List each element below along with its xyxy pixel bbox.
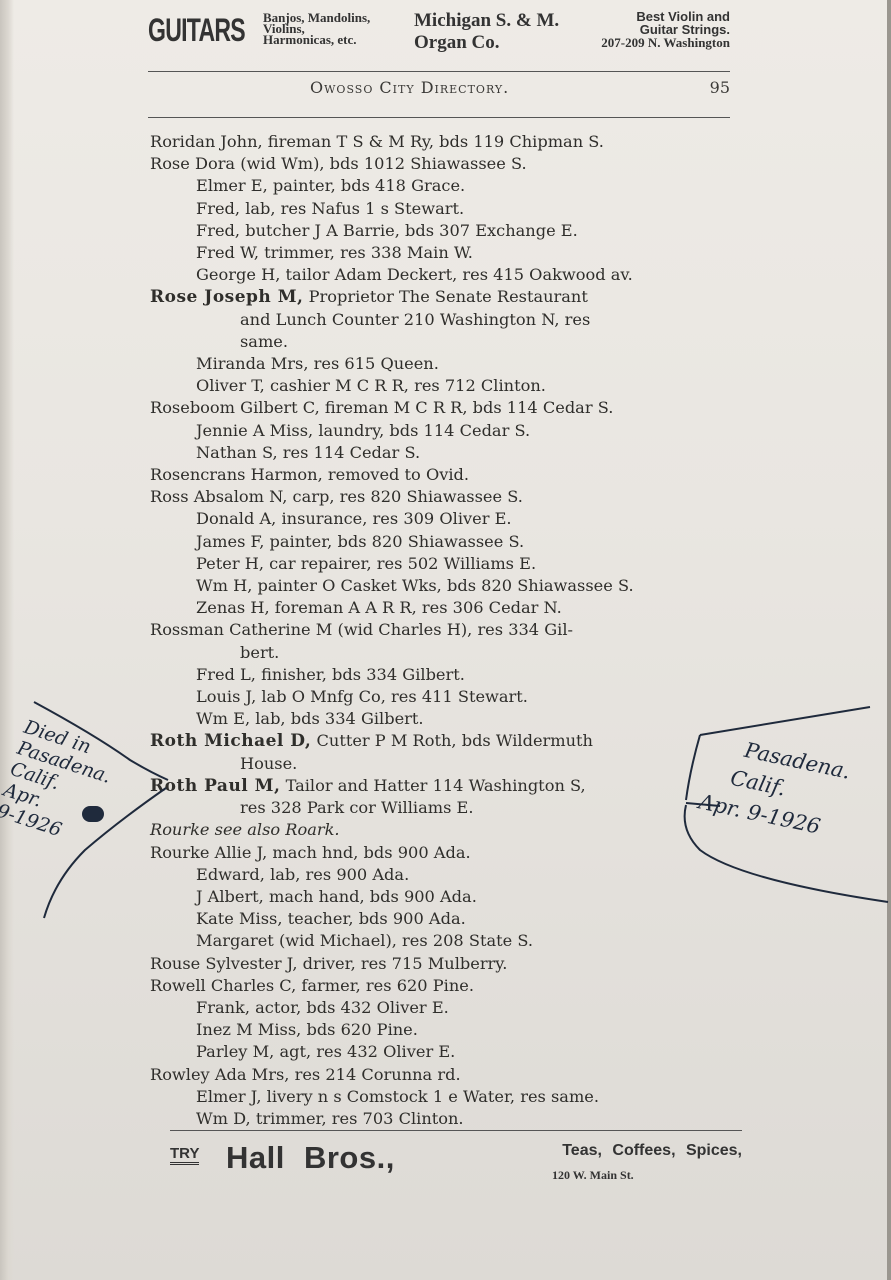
directory-entry: Roth Paul M, Tailor and Hatter 114 Washi… <box>150 775 740 797</box>
ad-hall-address: 120 W. Main St. <box>552 1168 634 1183</box>
directory-entry: Rourke Allie J, mach hnd, bds 900 Ada. <box>150 842 740 864</box>
directory-entry: Kate Miss, teacher, bds 900 Ada. <box>150 908 740 930</box>
entry-text: Edward, lab, res 900 Ada. <box>196 865 409 884</box>
directory-entry: Fred L, finisher, bds 334 Gilbert. <box>150 664 740 686</box>
entry-text: Oliver T, cashier M C R R, res 712 Clint… <box>196 376 546 395</box>
entry-text: Margaret (wid Michael), res 208 State S. <box>196 931 533 950</box>
entry-text: Wm D, trimmer, res 703 Clinton. <box>196 1109 464 1128</box>
directory-entry-continuation: bert. <box>150 642 740 664</box>
directory-entry: Rouse Sylvester J, driver, res 715 Mulbe… <box>150 953 740 975</box>
entry-text: Ross Absalom N, carp, res 820 Shiawassee… <box>150 487 523 506</box>
entry-text: Rosencrans Harmon, removed to Ovid. <box>150 465 469 484</box>
entry-text: Kate Miss, teacher, bds 900 Ada. <box>196 909 466 928</box>
directory-entry: James F, painter, bds 820 Shiawassee S. <box>150 531 740 553</box>
entry-text: Louis J, lab O Mnfg Co, res 411 Stewart. <box>196 687 528 706</box>
directory-title: Owosso City Directory. <box>310 78 509 97</box>
entry-text: Donald A, insurance, res 309 Oliver E. <box>196 509 512 528</box>
directory-entry-continuation: same. <box>150 331 740 353</box>
entry-text: House. <box>240 754 297 773</box>
directory-entry: Rowell Charles C, farmer, res 620 Pine. <box>150 975 740 997</box>
entry-text: J Albert, mach hand, bds 900 Ada. <box>196 887 477 906</box>
directory-entry: Rourke see also Roark. <box>150 819 740 841</box>
directory-entry: Rose Joseph M, Proprietor The Senate Res… <box>150 286 740 308</box>
entry-text: Parley M, agt, res 432 Oliver E. <box>196 1042 455 1061</box>
directory-entry: Roridan John, fireman T S & M Ry, bds 11… <box>150 131 740 153</box>
directory-entry: Elmer J, livery n s Comstock 1 e Water, … <box>150 1086 740 1108</box>
directory-entry: Wm H, painter O Casket Wks, bds 820 Shia… <box>150 575 740 597</box>
entry-text: Rourke see also Roark. <box>150 820 340 839</box>
ad-hall-bros-name: Hall Bros., <box>226 1140 395 1176</box>
directory-entries: Roridan John, fireman T S & M Ry, bds 11… <box>150 131 740 1130</box>
footer-advertisement: TRY Hall Bros., Teas, Coffees, Spices, 1… <box>170 1138 742 1188</box>
directory-entry: Fred, butcher J A Barrie, bds 307 Exchan… <box>150 220 740 242</box>
directory-entry: Wm E, lab, bds 334 Gilbert. <box>150 708 740 730</box>
ad-company-line2: Organ Co. <box>414 32 500 53</box>
entry-text: Wm E, lab, bds 334 Gilbert. <box>196 709 424 728</box>
entry-text: Roridan John, fireman T S & M Ry, bds 11… <box>150 132 604 151</box>
directory-entry: Peter H, car repairer, res 502 Williams … <box>150 553 740 575</box>
ad-company-name: Michigan S. & M. Organ Co. <box>414 10 559 54</box>
entry-text: Rossman Catherine M (wid Charles H), res… <box>150 620 573 639</box>
ink-blot <box>82 806 104 822</box>
directory-entry: Rowley Ada Mrs, res 214 Corunna rd. <box>150 1064 740 1086</box>
ad-company-line1: Michigan S. & M. <box>414 10 559 32</box>
directory-entry: Elmer E, painter, bds 418 Grace. <box>150 175 740 197</box>
directory-entry: Rossman Catherine M (wid Charles H), res… <box>150 619 740 641</box>
directory-entry: Donald A, insurance, res 309 Oliver E. <box>150 508 740 530</box>
entry-text: Fred L, finisher, bds 334 Gilbert. <box>196 665 465 684</box>
directory-entry-continuation: House. <box>150 753 740 775</box>
running-head: Owosso City Directory. 95 <box>148 78 730 100</box>
entry-text: res 328 Park cor Williams E. <box>240 798 474 817</box>
footer-rule <box>170 1130 742 1131</box>
directory-entry: Inez M Miss, bds 620 Pine. <box>150 1019 740 1041</box>
entry-text: Wm H, painter O Casket Wks, bds 820 Shia… <box>196 576 634 595</box>
entry-text: James F, painter, bds 820 Shiawassee S. <box>196 532 524 551</box>
entry-bold-name: Roth Michael D, <box>150 731 311 751</box>
entry-text: Elmer J, livery n s Comstock 1 e Water, … <box>196 1087 599 1106</box>
directory-entry: Rosencrans Harmon, removed to Ovid. <box>150 464 740 486</box>
entry-text: Rouse Sylvester J, driver, res 715 Mulbe… <box>150 954 507 973</box>
directory-entry: Ross Absalom N, carp, res 820 Shiawassee… <box>150 486 740 508</box>
entry-text: Zenas H, foreman A A R R, res 306 Cedar … <box>196 598 562 617</box>
page-right-edge <box>887 0 891 1280</box>
entry-text: Fred, butcher J A Barrie, bds 307 Exchan… <box>196 221 578 240</box>
entry-text: Roseboom Gilbert C, fireman M C R R, bds… <box>150 398 613 417</box>
entry-text: same. <box>240 332 288 351</box>
directory-entry: Edward, lab, res 900 Ada. <box>150 864 740 886</box>
entry-text: Inez M Miss, bds 620 Pine. <box>196 1020 418 1039</box>
entry-bold-name: Rose Joseph M, <box>150 287 303 307</box>
entry-text: Miranda Mrs, res 615 Queen. <box>196 354 439 373</box>
entry-text: Rowell Charles C, farmer, res 620 Pine. <box>150 976 474 995</box>
directory-entry: Zenas H, foreman A A R R, res 306 Cedar … <box>150 597 740 619</box>
entry-text: Elmer E, painter, bds 418 Grace. <box>196 176 465 195</box>
directory-entry: Miranda Mrs, res 615 Queen. <box>150 353 740 375</box>
directory-entry: Nathan S, res 114 Cedar S. <box>150 442 740 464</box>
entry-text: Rose Dora (wid Wm), bds 1012 Shiawassee … <box>150 154 527 173</box>
entry-text: Rourke Allie J, mach hnd, bds 900 Ada. <box>150 843 471 862</box>
running-head-rule <box>148 117 730 118</box>
entry-text: Rowley Ada Mrs, res 214 Corunna rd. <box>150 1065 461 1084</box>
directory-entry: Louis J, lab O Mnfg Co, res 411 Stewart. <box>150 686 740 708</box>
entry-text: Fred W, trimmer, res 338 Main W. <box>196 243 473 262</box>
entry-text: Proprietor The Senate Restaurant <box>303 287 587 306</box>
directory-entry: George H, tailor Adam Deckert, res 415 O… <box>150 264 740 286</box>
page-binding-edge <box>0 0 14 1280</box>
directory-entry: Parley M, agt, res 432 Oliver E. <box>150 1041 740 1063</box>
page-number: 95 <box>710 78 730 97</box>
directory-entry: Margaret (wid Michael), res 208 State S. <box>150 930 740 952</box>
ad-products: Teas, Coffees, Spices, <box>562 1142 742 1160</box>
entry-text: Peter H, car repairer, res 502 Williams … <box>196 554 536 573</box>
entry-text: Jennie A Miss, laundry, bds 114 Cedar S. <box>196 421 530 440</box>
entry-text: bert. <box>240 643 279 662</box>
entry-text: and Lunch Counter 210 Washington N, res <box>240 310 590 329</box>
entry-text: Fred, lab, res Nafus 1 s Stewart. <box>196 199 464 218</box>
ad-strings-tagline: Best Violin and Guitar Strings. 207-209 … <box>601 10 730 49</box>
entry-text: George H, tailor Adam Deckert, res 415 O… <box>196 265 633 284</box>
entry-text: Frank, actor, bds 432 Oliver E. <box>196 998 449 1017</box>
ad-guitars-heading: GUITARS <box>148 12 245 49</box>
ad-instruments-list: Banjos, Mandolins, Violins, Harmonicas, … <box>263 12 370 45</box>
entry-text: Tailor and Hatter 114 Washington S, <box>280 776 585 795</box>
header-advertisement: GUITARS Banjos, Mandolins, Violins, Harm… <box>148 8 730 58</box>
header-rule <box>148 71 730 72</box>
entry-bold-name: Roth Paul M, <box>150 776 280 796</box>
directory-entry: Roseboom Gilbert C, fireman M C R R, bds… <box>150 397 740 419</box>
directory-entry: Roth Michael D, Cutter P M Roth, bds Wil… <box>150 730 740 752</box>
handwritten-note-left: Died in Pasadena. Calif. Apr. 9-1926 <box>0 716 121 851</box>
directory-entry-continuation: and Lunch Counter 210 Washington N, res <box>150 309 740 331</box>
directory-entry: J Albert, mach hand, bds 900 Ada. <box>150 886 740 908</box>
directory-entry: Fred, lab, res Nafus 1 s Stewart. <box>150 198 740 220</box>
ad-instrument-line: Harmonicas, etc. <box>263 34 370 45</box>
directory-entry: Rose Dora (wid Wm), bds 1012 Shiawassee … <box>150 153 740 175</box>
handwritten-note-right: Pasadena. Calif. Apr. 9-1926 <box>729 735 853 845</box>
ad-company-address: 207-209 N. Washington <box>601 36 730 49</box>
directory-entry: Oliver T, cashier M C R R, res 712 Clint… <box>150 375 740 397</box>
directory-entry: Frank, actor, bds 432 Oliver E. <box>150 997 740 1019</box>
ad-try-label: TRY <box>170 1146 199 1165</box>
directory-entry: Fred W, trimmer, res 338 Main W. <box>150 242 740 264</box>
directory-entry-continuation: res 328 Park cor Williams E. <box>150 797 740 819</box>
entry-text: Nathan S, res 114 Cedar S. <box>196 443 420 462</box>
entry-text: Cutter P M Roth, bds Wildermuth <box>311 731 593 750</box>
directory-entry: Jennie A Miss, laundry, bds 114 Cedar S. <box>150 420 740 442</box>
directory-entry: Wm D, trimmer, res 703 Clinton. <box>150 1108 740 1130</box>
